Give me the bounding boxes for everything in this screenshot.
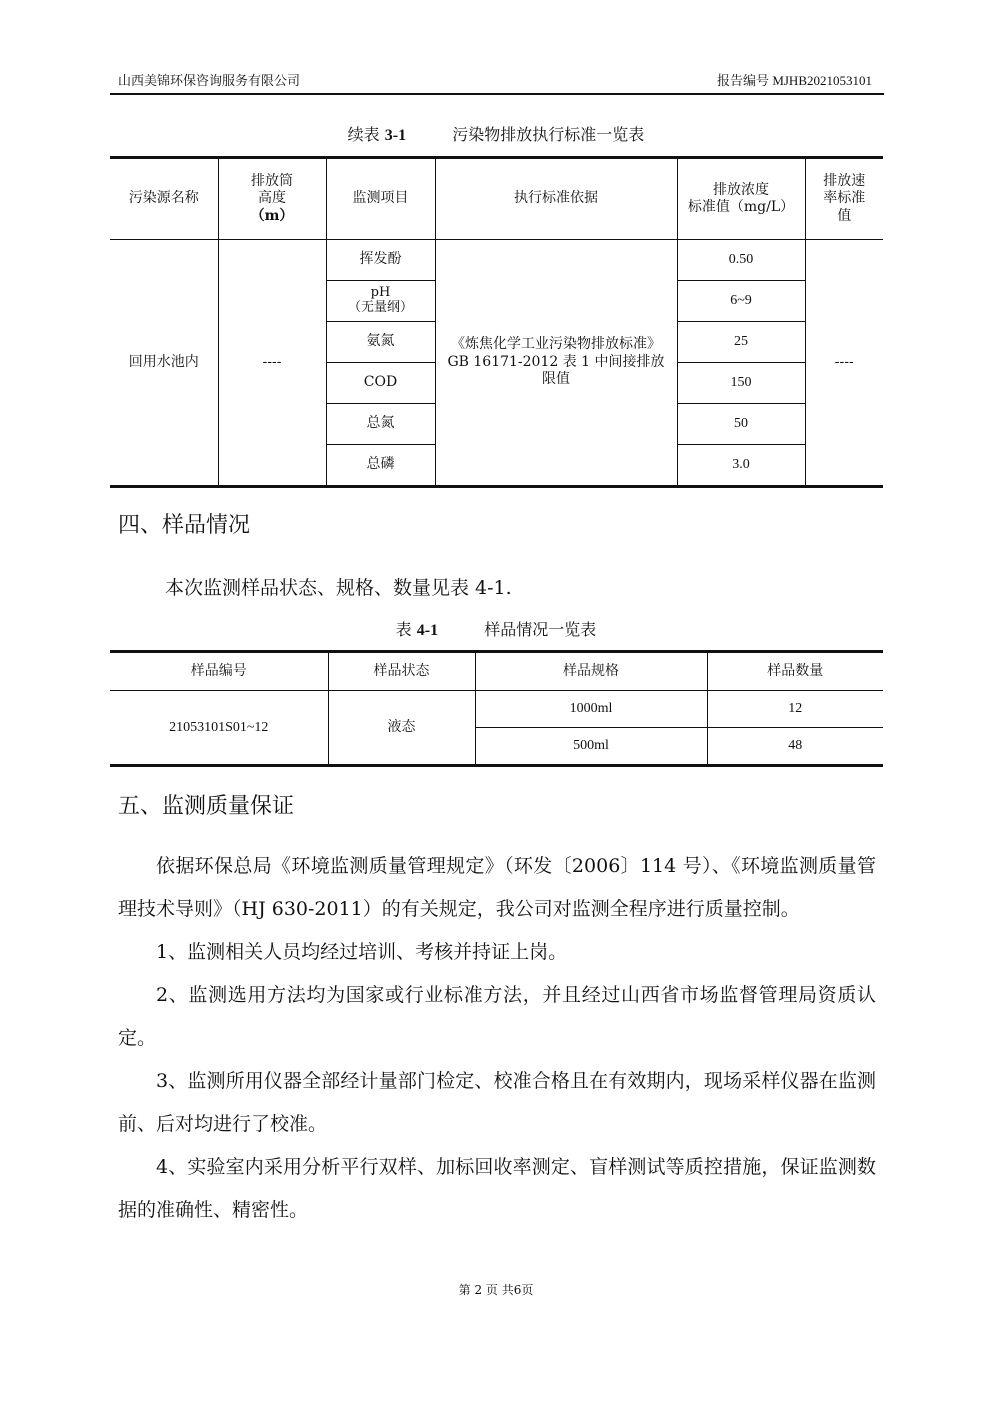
sample-state: 液态 [328, 691, 475, 766]
sample-qty: 48 [707, 728, 883, 766]
item-cell: 挥发酚 [326, 240, 435, 281]
item-cell: pH （无量纲） [326, 281, 435, 322]
section-4-intro: 本次监测样品状态、规格、数量见表 4-1. [165, 573, 512, 600]
section-5-title: 五、监测质量保证 [118, 789, 294, 820]
sample-spec: 1000ml [475, 691, 707, 728]
caption-title: 样品情况一览表 [484, 620, 596, 639]
header-concentration: 排放浓度 标准值（mg/L） [677, 158, 805, 240]
standard-basis: 《炼焦化学工业污染物排放标准》GB 16171-2012 表 1 中间接排放限值 [435, 240, 677, 487]
header-source: 污染源名称 [110, 158, 218, 240]
header-rate-line3: 值 [808, 208, 882, 226]
header-sample-spec: 样品规格 [475, 652, 707, 691]
item-cell: 总磷 [326, 445, 435, 487]
table-row: 21053101S01~12 液态 1000ml 12 [110, 691, 883, 728]
sample-info-table: 样品编号 样品状态 样品规格 样品数量 21053101S01~12 液态 10… [110, 650, 883, 767]
table-header-row: 样品编号 样品状态 样品规格 样品数量 [110, 652, 883, 691]
header-item: 监测项目 [326, 158, 435, 240]
section-5-body: 依据环保总局《环境监测质量管理规定》（环发〔2006〕114 号）、《环境监测质… [118, 845, 876, 1232]
header-conc-line1: 排放浓度 [680, 182, 803, 200]
header-sample-id: 样品编号 [110, 652, 328, 691]
report-number: 报告编号 MJHB2021053101 [717, 70, 872, 89]
pollutant-standards-table: 污染源名称 排放筒 高度 （m） 监测项目 执行标准依据 排放浓度 标准值（mg… [110, 156, 883, 488]
table-header-row: 污染源名称 排放筒 高度 （m） 监测项目 执行标准依据 排放浓度 标准值（mg… [110, 158, 883, 240]
company-name: 山西美锦环保咨询服务有限公司 [118, 70, 300, 89]
table-row: 回用水池内 ---- 挥发酚 《炼焦化学工业污染物排放标准》GB 16171-2… [110, 240, 883, 281]
value-cell: 3.0 [677, 445, 805, 487]
table-4-1-caption: 表 4-1 样品情况一览表 [0, 617, 992, 640]
item-cell: 氨氮 [326, 322, 435, 363]
header-rate-line2: 率标准 [808, 190, 882, 208]
caption-title: 污染物排放执行标准一览表 [452, 125, 644, 144]
item-cell: 总氮 [326, 404, 435, 445]
paragraph: 依据环保总局《环境监测质量管理规定》（环发〔2006〕114 号）、《环境监测质… [118, 845, 876, 931]
sample-qty: 12 [707, 691, 883, 728]
value-cell: 6~9 [677, 281, 805, 322]
header-sample-state: 样品状态 [328, 652, 475, 691]
paragraph: 3、监测所用仪器全部经计量部门检定、校准合格且在有效期内，现场采样仪器在监测前、… [118, 1060, 876, 1146]
sample-spec: 500ml [475, 728, 707, 766]
header-divider [110, 93, 884, 95]
item-ph: pH [329, 286, 433, 301]
report-number-value: MJHB2021053101 [772, 73, 872, 88]
header-rate: 排放速 率标准 值 [805, 158, 883, 240]
caption-number: 3-1 [385, 127, 406, 144]
value-cell: 150 [677, 363, 805, 404]
header-conc-line2: 标准值（mg/L） [680, 199, 803, 217]
sample-id: 21053101S01~12 [110, 691, 328, 766]
value-cell: 25 [677, 322, 805, 363]
section-4-title: 四、样品情况 [118, 508, 250, 539]
paragraph: 2、监测选用方法均为国家或行业标准方法，并且经过山西省市场监督管理局资质认定。 [118, 974, 876, 1060]
caption-number: 4-1 [417, 622, 438, 639]
stack-height: ---- [218, 240, 326, 487]
value-cell: 0.50 [677, 240, 805, 281]
table-3-1-caption: 续表 3-1 污染物排放执行标准一览表 [0, 122, 992, 145]
caption-prefix: 表 [396, 620, 412, 639]
header-height-line1: 排放筒 [221, 173, 324, 191]
paragraph: 1、监测相关人员均经过培训、考核并持证上岗。 [118, 931, 876, 974]
header-height-line2: 高度 [221, 190, 324, 208]
item-cell: COD [326, 363, 435, 404]
source-name: 回用水池内 [110, 240, 218, 487]
caption-prefix: 续表 [348, 125, 380, 144]
page-number: 第 2 页 共6页 [0, 1281, 992, 1298]
standard-basis-text: 《炼焦化学工业污染物排放标准》GB 16171-2012 表 1 中间接排放限值 [447, 336, 664, 387]
value-cell: 50 [677, 404, 805, 445]
report-number-label: 报告编号 [717, 73, 769, 88]
header-sample-qty: 样品数量 [707, 652, 883, 691]
header-rate-line1: 排放速 [808, 173, 882, 191]
paragraph: 4、实验室内采用分析平行双样、加标回收率测定、盲样测试等质控措施，保证监测数据的… [118, 1146, 876, 1232]
rate-standard: ---- [805, 240, 883, 487]
item-ph-unit: （无量纲） [329, 301, 433, 316]
header-height: 排放筒 高度 （m） [218, 158, 326, 240]
header-basis: 执行标准依据 [435, 158, 677, 240]
header-height-line3: （m） [221, 208, 324, 226]
